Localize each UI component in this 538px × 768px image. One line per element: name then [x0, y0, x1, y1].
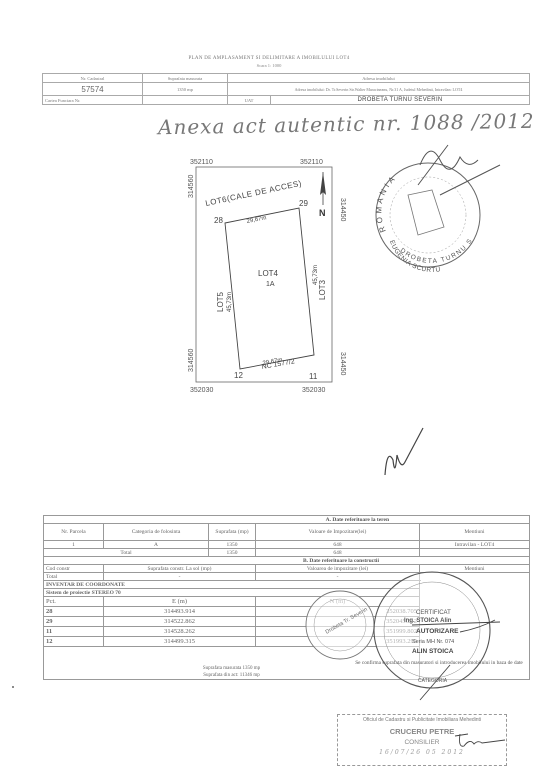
col-category: Categoria de folosinta: [104, 524, 209, 541]
area-label: Suprafata masurata: [143, 74, 228, 83]
svg-text:AUTORIZARE: AUTORIZARE: [416, 628, 459, 635]
coord-bottom-left: 352030: [190, 387, 213, 394]
col-area: Suprafata (mp): [209, 524, 256, 541]
notary-signature: [418, 145, 500, 195]
surveyor-signature: [375, 420, 435, 490]
point-12: 12: [234, 371, 243, 380]
point-28: 28: [214, 216, 223, 225]
north-label: N: [319, 208, 326, 218]
coord-top-left: 352110: [190, 159, 213, 166]
point-29: 29: [299, 199, 308, 208]
cadastral-value: 57574: [43, 83, 143, 96]
ocpi-office: Oficiul de Cadastru si Publicitate Imobi…: [338, 717, 506, 723]
coord-right-top: 314450: [339, 198, 346, 221]
address-value: Adresa imobilului: Dr. Tr.Severin Str.Wa…: [228, 83, 530, 96]
certification-stamps: Drobeta Tr. Severin CERTIFICAT Ing. STOI…: [300, 570, 530, 705]
certification-text: Se confirma suprafata din masuratori si …: [354, 660, 524, 667]
speck: [12, 686, 14, 688]
lot6-label: LOT6(CALE DE ACCES): [205, 179, 303, 208]
point-11: 11: [309, 372, 318, 381]
address-label: Adresa imobilului: [228, 74, 530, 83]
site-plan: 352110 352110 352030 352030 314560 31445…: [180, 150, 350, 400]
svg-text:CERTIFICAT: CERTIFICAT: [416, 610, 451, 616]
municipal-stamp: Drobeta Tr. Severin: [306, 591, 374, 659]
col-value: Valoare de Impozitare(lei): [256, 524, 420, 541]
col-mentions: Mentiuni: [420, 524, 530, 541]
svg-text:Seria MH Nr. 074: Seria MH Nr. 074: [412, 639, 454, 645]
dim-left: 45,73m: [227, 292, 233, 312]
total-row: Total 1350 648: [44, 549, 530, 557]
section-b-title: B. Date referitoare la constructii: [44, 557, 530, 565]
coord-left-top: 314560: [188, 175, 195, 198]
area-value: 1350 mp: [143, 83, 228, 96]
dim-top: 29,67m: [246, 215, 267, 225]
col-constr-code: Cod constr: [44, 565, 104, 573]
coord-left-bottom: 314560: [188, 349, 195, 372]
lot3-label: LOT3: [318, 279, 327, 300]
coord-top-right: 352110: [300, 159, 323, 166]
uat-label: UAT: [228, 96, 271, 105]
land-book-label: Cartea Funciara Nr.: [43, 96, 143, 105]
col-constr-area: Suprafata constr. La sol (mp): [104, 565, 256, 573]
cadastral-label: Nr. Cadastral: [43, 74, 143, 83]
coat-of-arms-icon: [408, 190, 444, 235]
stamp-country: ROMANIA: [374, 173, 398, 234]
lot5-label: LOT5: [216, 291, 225, 312]
lot4-label: LOT4: [258, 269, 279, 278]
document-scale: Scara 1: 1000: [0, 63, 538, 68]
coord-right-bottom: 314450: [339, 352, 346, 375]
section-a-title: A. Date referitoare la teren: [44, 516, 530, 524]
lot4-boundary: [225, 208, 314, 369]
ocpi-signature: [450, 728, 510, 758]
coord-bottom-right: 352030: [302, 387, 325, 394]
svg-text:ROMANIA: ROMANIA: [374, 173, 398, 234]
svg-text:Ing. STOICA Alin: Ing. STOICA Alin: [404, 618, 452, 624]
header-table: Nr. Cadastral Suprafata masurata Adresa …: [42, 73, 530, 105]
col-parcel: Nr. Parcela: [44, 524, 104, 541]
north-arrow-icon: [320, 172, 326, 205]
notary-stamp: ROMANIA EUGENIA SCURTU DROBETA TURNU SEV…: [360, 135, 510, 275]
document-title: PLAN DE AMPLASAMENT SI DELIMITARE A IMOB…: [0, 56, 538, 61]
table-row: 1 A 1350 648 Intravilan - LOT4: [44, 541, 530, 549]
svg-text:ALIN STOICA: ALIN STOICA: [412, 648, 454, 655]
lot4-sub: 1A: [266, 281, 275, 288]
uat-value: DROBETA TURNU SEVERIN: [271, 96, 530, 105]
